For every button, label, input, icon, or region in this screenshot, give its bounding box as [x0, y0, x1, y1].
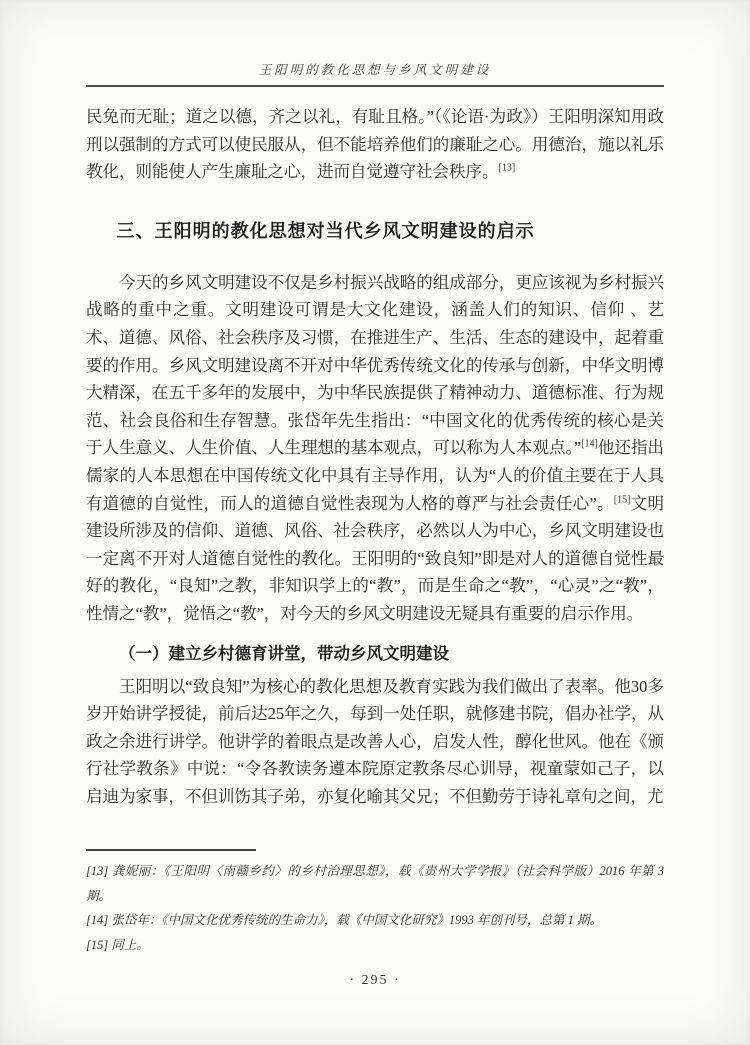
paragraph-lead-text: 民免而无耻；道之以德，齐之以礼，有耻且格。”（《论语·为政》）王阳明深知用政刑以…: [86, 107, 664, 181]
running-header-title: 王阳明的教化思想与乡风文明建设: [86, 60, 664, 85]
document-page: 王阳明的教化思想与乡风文明建设 民免而无耻；道之以德，齐之以礼，有耻且格。”（《…: [0, 0, 750, 1045]
footnote-block: [13] 龚妮丽：《王阳明〈南赣乡约〉的乡村治理思想》，载《贵州大学学报》（社会…: [86, 849, 664, 1045]
article-body: 民免而无耻；道之以德，齐之以礼，有耻且格。”（《论语·为政》）王阳明深知用政刑以…: [86, 103, 664, 810]
paragraph-main: 今天的乡风文明建设不仅是乡村振兴战略的组成部分，更应该视为乡村振兴战略的重中之重…: [86, 269, 664, 628]
footnote-item-14: [14] 张岱年：《中国文化优秀传统的生命力》，载《中国文化研究》1993 年创…: [86, 908, 664, 933]
footnote-ref-13: [13]: [499, 163, 516, 174]
paragraph-practice: 王阳明以“致良知”为核心的教化思想及教育实践为我们做出了表率。他30多岁开始讲学…: [86, 673, 664, 811]
footnote-ref-14: [14]: [581, 439, 598, 450]
section-heading: 三、王阳明的教化思想对当代乡风文明建设的启示: [86, 217, 664, 243]
footnote-ref-15: [15]: [614, 494, 631, 505]
subsection-heading: （一）建立乡村德育讲堂，带动乡风文明建设: [86, 640, 664, 664]
page-number: · 295 ·: [86, 973, 664, 989]
footnote-separator: [86, 849, 256, 851]
paragraph-main-text-1: 今天的乡风文明建设不仅是乡村振兴战略的组成部分，更应该视为乡村振兴战略的重中之重…: [86, 273, 664, 458]
header-rule: [86, 85, 664, 87]
paragraph-lead: 民免而无耻；道之以德，齐之以礼，有耻且格。”（《论语·为政》）王阳明深知用政刑以…: [86, 103, 664, 186]
running-header: 王阳明的教化思想与乡风文明建设: [86, 60, 664, 87]
footnote-item-15: [15] 同上。: [86, 933, 664, 958]
footnote-item-13: [13] 龚妮丽：《王阳明〈南赣乡约〉的乡村治理思想》，载《贵州大学学报》（社会…: [86, 859, 664, 908]
